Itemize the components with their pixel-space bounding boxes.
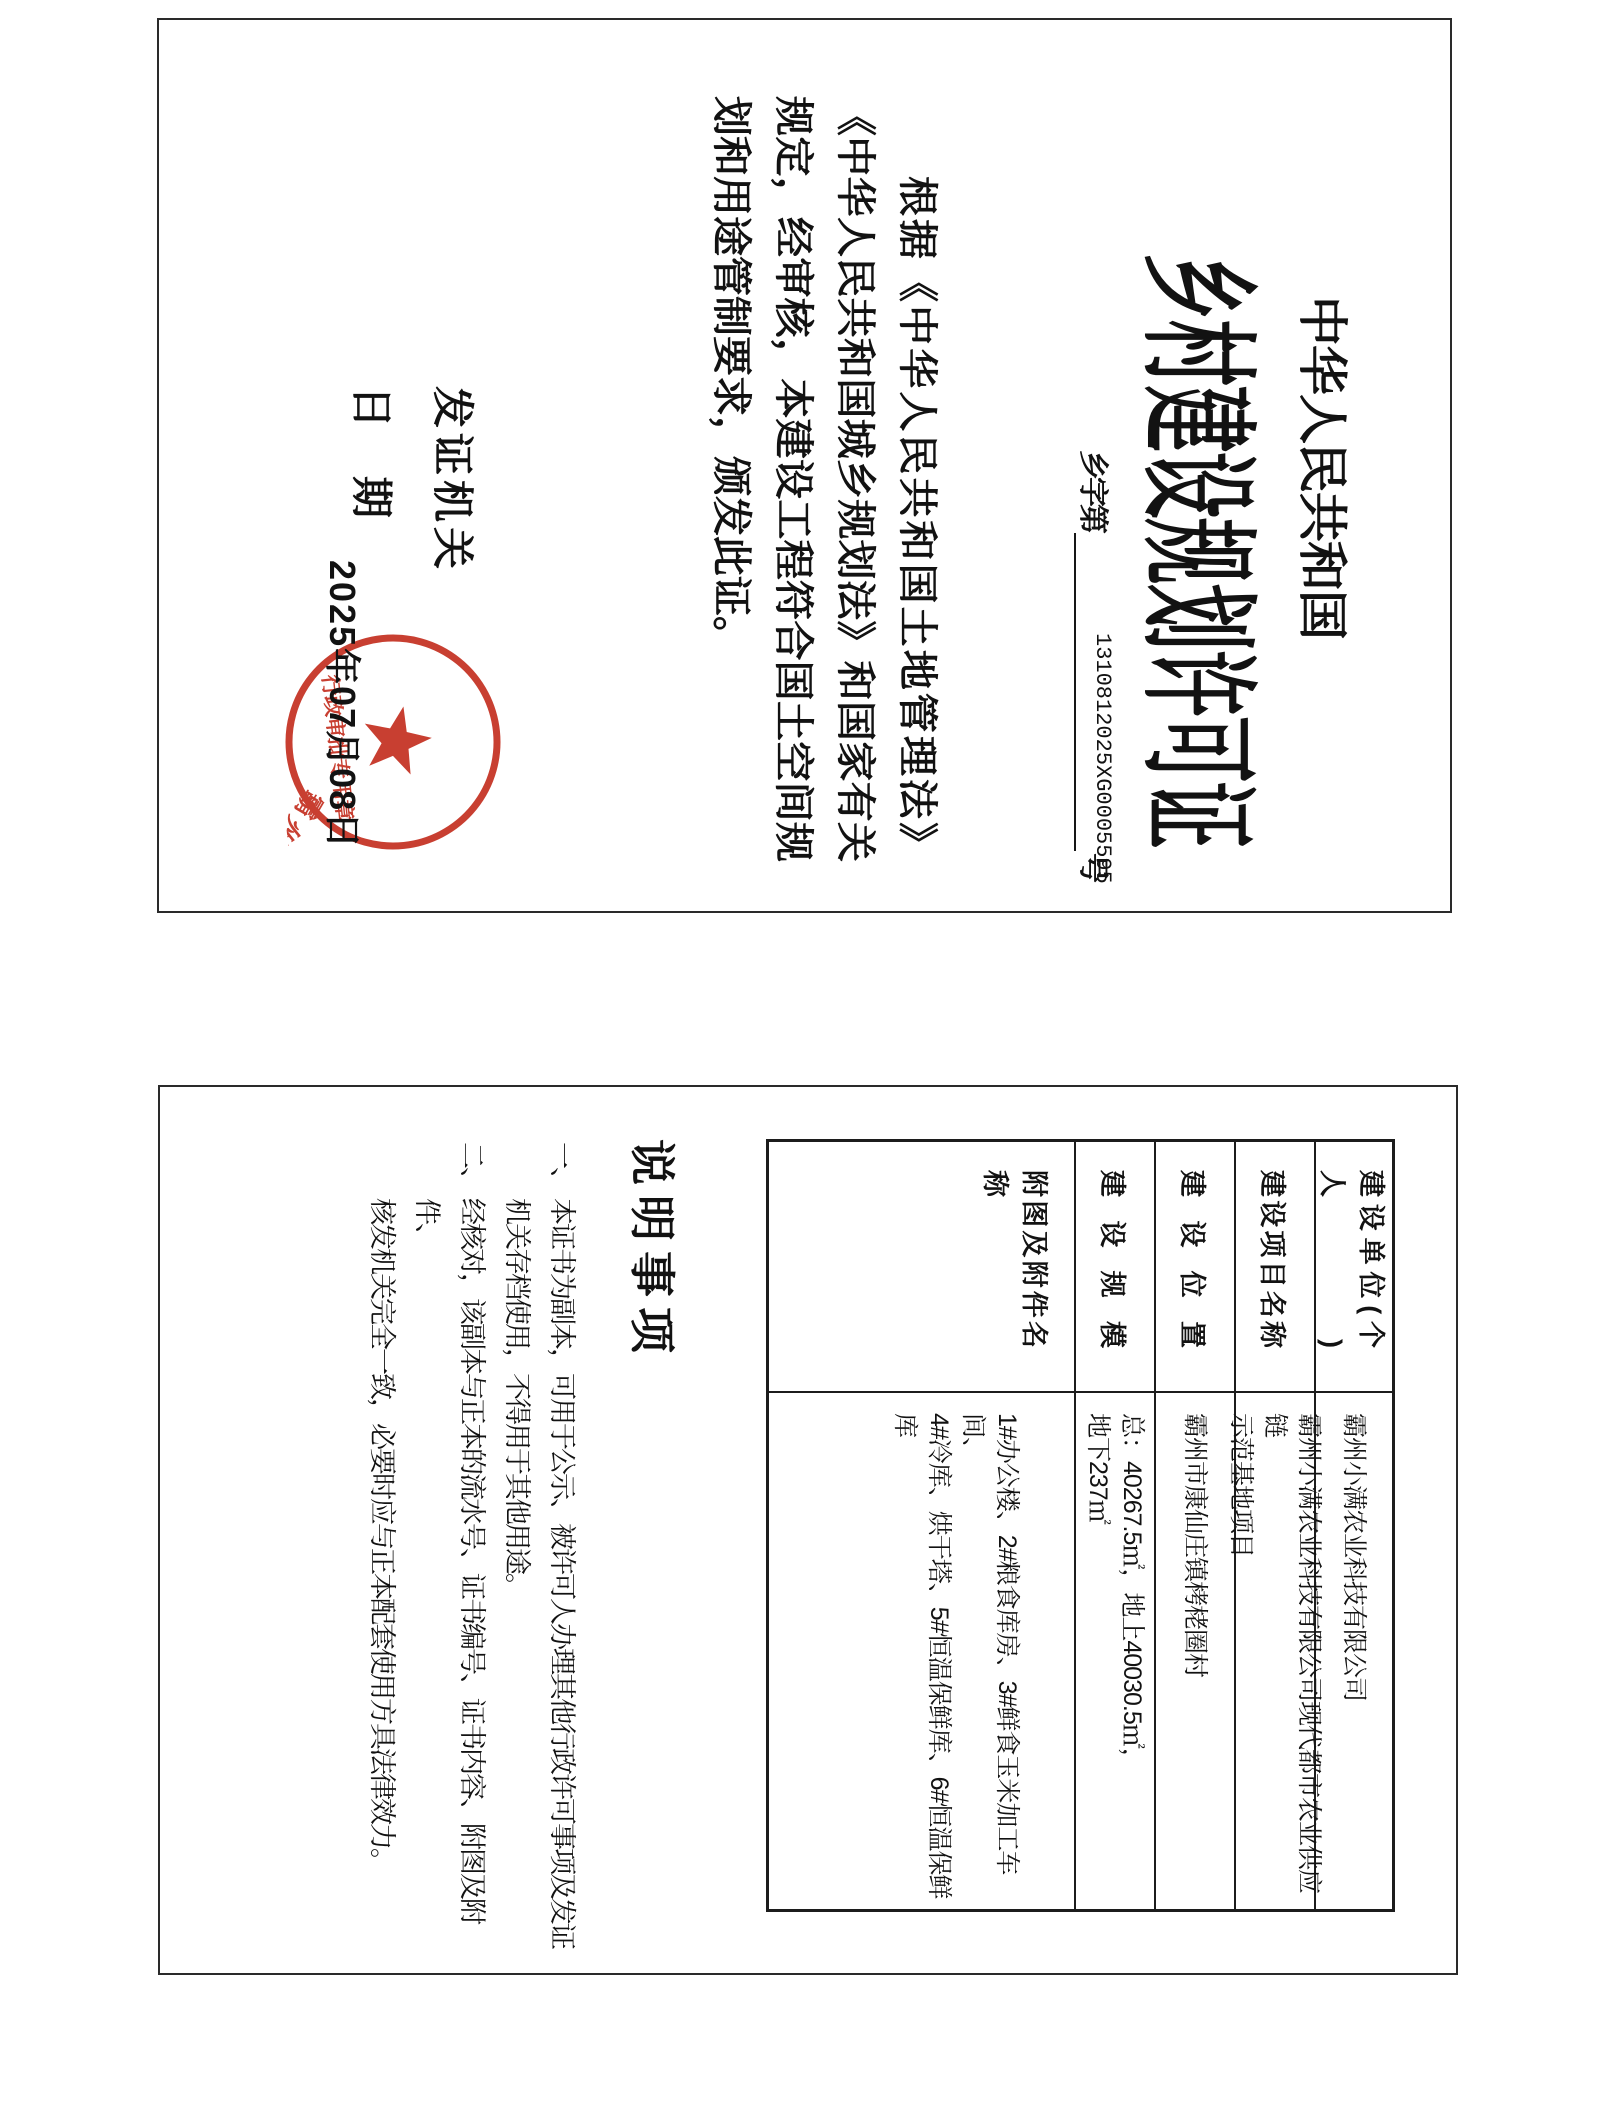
serial-underline: 1310812025XG0005595 <box>1074 533 1128 851</box>
certificate-rotated-content: 中华人民共和国 乡村建设规划许可证 乡字第 1310812025XG000559… <box>155 20 1450 915</box>
note-marker: 一、 <box>539 1142 584 1198</box>
details-rotated-content: 建设单位(个人) 霸州小满农业科技有限公司 建设项目名称 霸州小满农业科技有限公… <box>156 1087 1456 1977</box>
star-icon <box>363 704 435 779</box>
serial-line: 乡字第 1310812025XG0005595 号 <box>1074 450 1128 880</box>
serial-number: 1310812025XG0005595 <box>1090 633 1115 884</box>
details-sheet: 建设单位(个人) 霸州小满农业科技有限公司 建设项目名称 霸州小满农业科技有限公… <box>158 1085 1458 1975</box>
note-item: 一、 本证书为副本，可用于公示、被许可人办理其他行政许可事项及发证 机关存档使用… <box>494 1142 584 1952</box>
country-heading: 中华人民共和国 <box>1290 20 1362 915</box>
table-row-label: 建设位置 <box>1154 1142 1234 1393</box>
table-row-label: 建设项目名称 <box>1234 1142 1314 1393</box>
table-row-value: 1#办公楼、2#粮食库房、3#鲜食玉米加工车间、 4#冷库、烘干塔、5#恒温保鲜… <box>769 1393 1074 1909</box>
certificate-sheet: 中华人民共和国 乡村建设规划许可证 乡字第 1310812025XG000559… <box>157 18 1452 913</box>
permit-title: 乡村建设规划许可证 <box>1122 20 1292 915</box>
table-row-value: 总：40267.5㎡，地上40030.5㎡， 地下237㎡ <box>1074 1393 1154 1909</box>
info-table: 建设单位(个人) 霸州小满农业科技有限公司 建设项目名称 霸州小满农业科技有限公… <box>766 1139 1395 1912</box>
official-seal: 霸州市自然资源和规划局 行政审批专用章 <box>267 616 520 869</box>
table-row-label: 附图及附件名称 <box>769 1142 1074 1393</box>
note-text: 本证书为副本，可用于公示、被许可人办理其他行政许可事项及发证 机关存档使用，不得… <box>494 1198 584 1948</box>
notes-section: 一、 本证书为副本，可用于公示、被许可人办理其他行政许可事项及发证 机关存档使用… <box>359 1142 584 1952</box>
table-row-value: 霸州小满农业科技有限公司现代都市农业供应链 示范基地项目 <box>1234 1393 1314 1909</box>
note-text: 经核对，该副本与正本的流水号、证书编号、证书内容、附图及附件、 核发机关完全一致… <box>359 1198 494 1952</box>
date-value: 2025年07月08日 <box>319 560 370 850</box>
date-label: 日期 <box>344 386 404 518</box>
issuer-label: 发证机关 <box>425 386 485 574</box>
table-row-label: 建设规模 <box>1074 1142 1154 1393</box>
notes-title: 说明事项 <box>622 1139 688 1363</box>
note-marker: 二、 <box>449 1142 494 1198</box>
serial-prefix: 乡字第 <box>1074 450 1118 531</box>
note-item: 二、 经核对，该副本与正本的流水号、证书编号、证书内容、附图及附件、 核发机关完… <box>359 1142 494 1952</box>
certificate-body-text: 根据《中华人民共和国土地管理法》《中华人民共和国城乡规划法》和国家有关规定，经审… <box>700 96 948 862</box>
permit-title-text: 乡村建设规划许可证 <box>1122 254 1292 849</box>
table-row-value: 霸州市康仙庄镇栲栳圈村 <box>1154 1393 1234 1909</box>
table-row-label: 建设单位(个人) <box>1314 1142 1392 1393</box>
